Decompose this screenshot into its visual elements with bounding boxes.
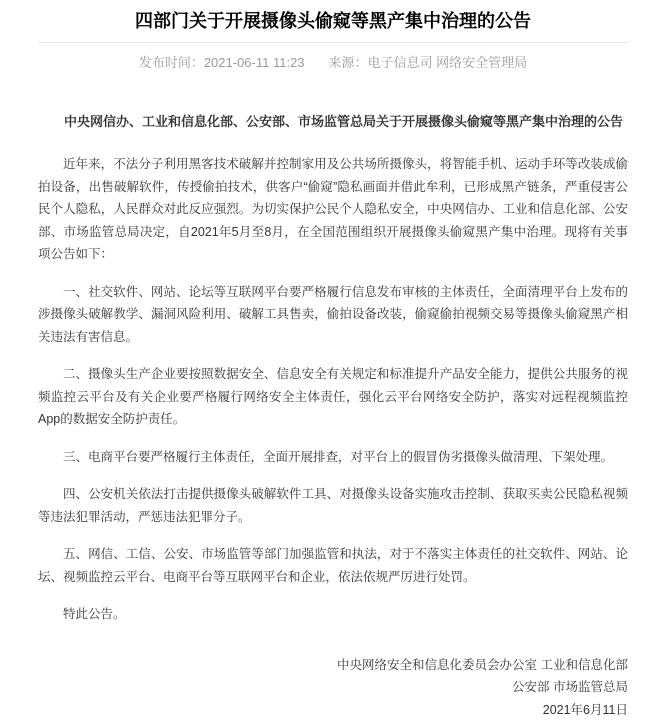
- source-label: 来源：: [329, 55, 368, 70]
- closing-line: 特此公告。: [38, 603, 628, 626]
- source-value: 电子信息司 网络安全管理局: [368, 55, 528, 70]
- signature-line-1: 中央网络安全和信息化委员会办公室 工业和信息化部: [38, 654, 628, 677]
- page-title: 四部门关于开展摄像头偷窥等黑产集中治理的公告: [38, 11, 628, 32]
- announcement-subtitle: 中央网信办、工业和信息化部、公安部、市场监管总局关于开展摄像头偷窥等黑产集中治理…: [38, 111, 628, 133]
- notice-item-4: 四、公安机关依法打击提供摄像头破解软件工具、对摄像头设备实施攻击控制、获取买卖公…: [38, 483, 628, 528]
- announcement-body: 中央网信办、工业和信息化部、公安部、市场监管总局关于开展摄像头偷窥等黑产集中治理…: [38, 111, 628, 721]
- source: 来源：电子信息司 网络安全管理局: [329, 55, 528, 70]
- publish-time-label: 发布时间：: [139, 55, 204, 70]
- notice-item-1: 一、社交软件、网站、论坛等互联网平台要严格履行信息发布审核的主体责任，全面清理平…: [38, 281, 628, 349]
- meta-bar: 发布时间：2021-06-11 11:23来源：电子信息司 网络安全管理局: [38, 53, 628, 73]
- signature-block: 中央网络安全和信息化委员会办公室 工业和信息化部 公安部 市场监管总局 2021…: [38, 654, 628, 722]
- signature-date: 2021年6月11日: [38, 699, 628, 722]
- publish-time: 发布时间：2021-06-11 11:23: [139, 55, 305, 70]
- announcement-page: 四部门关于开展摄像头偷窥等黑产集中治理的公告 发布时间：2021-06-11 1…: [0, 0, 665, 724]
- notice-item-2: 二、摄像头生产企业要按照数据安全、信息安全有关规定和标准提升产品安全能力，提供公…: [38, 363, 628, 431]
- notice-item-5: 五、网信、工信、公安、市场监管等部门加强监管和执法，对于不落实主体责任的社交软件…: [38, 543, 628, 588]
- title-divider: [38, 42, 628, 43]
- notice-item-3: 三、电商平台要严格履行主体责任，全面开展排查，对平台上的假冒伪劣摄像头做清理、下…: [38, 446, 628, 469]
- intro-paragraph: 近年来，不法分子利用黑客技术破解并控制家用及公共场所摄像头，将智能手机、运动手环…: [38, 153, 628, 266]
- signature-line-2: 公安部 市场监管总局: [38, 676, 628, 699]
- publish-time-value: 2021-06-11 11:23: [204, 55, 305, 70]
